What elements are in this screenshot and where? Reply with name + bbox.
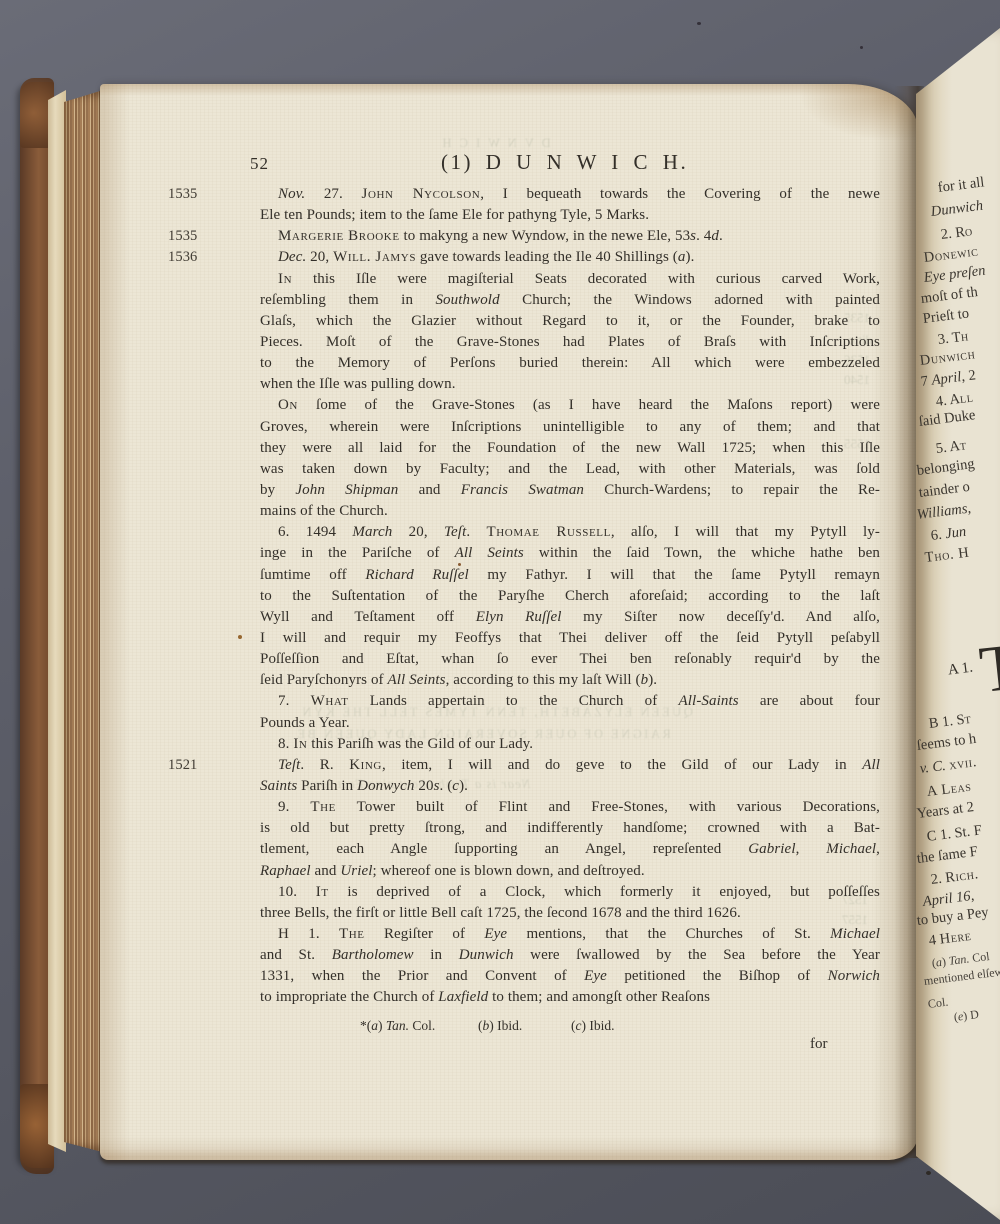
text-column: 1535Nov. 27. John Nycolson, I bequeath t… bbox=[260, 184, 880, 1008]
text-segment: they were all laid for the Foundation of… bbox=[260, 440, 880, 456]
body-line: Raphael and Uriel; whereof one is blown … bbox=[260, 861, 880, 882]
text-segment: Tan. bbox=[948, 951, 970, 967]
text-segment: ſumtime off bbox=[260, 567, 365, 583]
text-segment: ) Ibid. bbox=[582, 1018, 615, 1033]
footnote-row: *(a) Tan. Col.(b) Ibid.(c) Ibid. bbox=[100, 1018, 918, 1038]
right-page-line: Years at 2 bbox=[916, 799, 975, 823]
text-segment: April bbox=[931, 369, 963, 389]
text-segment: 8. bbox=[278, 736, 293, 752]
body-line: Wyll and Teſtament off Elyn Ruſſel my Si… bbox=[260, 607, 880, 628]
text-segment: Tower built of Flint and Free-Stones, wi… bbox=[336, 799, 880, 815]
drop-cap-letter: T bbox=[977, 638, 1000, 700]
text-segment: is deprived of a Clock, which formerly i… bbox=[329, 884, 880, 900]
text-segment: . bbox=[719, 228, 723, 244]
text-segment: It bbox=[316, 884, 329, 900]
text-segment: King bbox=[349, 757, 382, 773]
right-page-line: Williams, bbox=[916, 500, 972, 524]
text-segment: 6. 1494 bbox=[278, 524, 352, 540]
text-segment: Glaſs, which the Glazier without Regard … bbox=[260, 313, 880, 329]
text-segment: ). bbox=[648, 672, 657, 688]
right-page-line: for it all bbox=[937, 174, 985, 197]
margin-year: 1536 bbox=[168, 247, 264, 268]
text-segment: 1331, when the Prior and Convent of bbox=[260, 968, 584, 984]
text-segment: Tho. H bbox=[924, 545, 970, 566]
text-segment: by bbox=[260, 482, 295, 498]
text-segment: Here bbox=[939, 928, 972, 948]
text-segment: Nov. bbox=[278, 186, 305, 202]
text-segment: 10. bbox=[278, 884, 316, 900]
body-line: reſembling them in Southwold Church; the… bbox=[260, 290, 880, 311]
text-segment: d bbox=[711, 228, 719, 244]
right-page-line: 5. At bbox=[935, 437, 968, 458]
paper-speck bbox=[697, 22, 701, 25]
right-page-line: 2. Ro bbox=[940, 223, 974, 244]
body-line: 9. The Tower built of Flint and Free-Sto… bbox=[260, 797, 880, 818]
text-segment: t bbox=[959, 437, 968, 454]
right-page-line: the ſame F bbox=[916, 844, 979, 868]
text-segment: mentions, that the Churches of St. bbox=[507, 926, 830, 942]
text-segment: Dunwich bbox=[930, 198, 984, 220]
text-segment: Francis Swatman bbox=[461, 482, 584, 498]
body-line: and St. Bartholomew in Dunwich were ſwal… bbox=[260, 945, 880, 966]
text-segment: Rich. bbox=[944, 866, 979, 886]
body-line: they were all laid for the Foundation of… bbox=[260, 438, 880, 459]
text-segment: ll bbox=[959, 389, 974, 407]
right-page-line: Tho. H bbox=[924, 545, 970, 567]
body-line: ſumtime off Richard Ruſſel my Fathyr. I … bbox=[260, 565, 880, 586]
text-segment: Pariſh in bbox=[297, 778, 357, 794]
paper-speck bbox=[238, 635, 242, 639]
text-segment: Wyll and Teſtament off bbox=[260, 609, 476, 625]
text-segment: o bbox=[964, 223, 974, 240]
right-page-line: ſaid Duke bbox=[918, 407, 976, 431]
text-segment: Teſt bbox=[278, 757, 300, 773]
text-segment: , bbox=[796, 841, 827, 857]
text-segment: inge in the Pariſche of bbox=[260, 545, 455, 561]
text-segment: Bartholomew bbox=[332, 947, 414, 963]
body-line: three Bells, the firſt or little Bell ca… bbox=[260, 903, 880, 924]
right-page-line: B 1. St bbox=[928, 711, 972, 733]
section-label: A 1. bbox=[947, 660, 974, 680]
text-segment: in bbox=[414, 947, 459, 963]
paper-speck bbox=[458, 563, 461, 566]
text-segment: to makyng a new Wyndow, in the newe Ele,… bbox=[400, 228, 691, 244]
text-segment: Margerie Brooke bbox=[278, 228, 400, 244]
text-segment: 5. A bbox=[935, 438, 961, 457]
text-segment: 20, bbox=[306, 249, 333, 265]
text-segment: and bbox=[398, 482, 460, 498]
text-segment: ſome of the Grave-Stones (as I have hear… bbox=[298, 397, 880, 413]
text-segment: The bbox=[339, 926, 365, 942]
text-segment: Tan. bbox=[386, 1018, 409, 1033]
body-line: when the Iſle was pulling down. bbox=[260, 374, 880, 395]
text-segment: Donwych bbox=[357, 778, 414, 794]
right-page-line: 2. Rich. bbox=[930, 866, 980, 889]
text-segment: . bbox=[466, 524, 486, 540]
text-segment: ) Ibid. bbox=[489, 1018, 522, 1033]
right-page-line: moſt of th bbox=[920, 284, 979, 308]
text-segment: , bbox=[876, 841, 880, 857]
page-number: 52 bbox=[250, 154, 269, 174]
text-segment: ſaid Duke bbox=[918, 407, 976, 430]
text-segment: mains of the Church. bbox=[260, 503, 388, 519]
text-segment: to the Suſtentation of the Paryſhe Cherc… bbox=[260, 588, 880, 604]
right-page-line: tainder o bbox=[918, 479, 971, 502]
text-segment: this Iſle were magiſterial Seats decorat… bbox=[292, 271, 880, 287]
right-page-line: C 1. St. F bbox=[926, 822, 983, 846]
text-segment: Raphael bbox=[260, 863, 311, 879]
text-segment: 7. bbox=[278, 693, 311, 709]
text-segment: ). bbox=[459, 778, 468, 794]
text-segment: Norwich bbox=[828, 968, 880, 984]
text-segment: Laxfield bbox=[438, 989, 488, 1005]
text-segment: petitioned the Biſhop of bbox=[607, 968, 828, 984]
body-line: 1535Nov. 27. John Nycolson, I bequeath t… bbox=[260, 184, 880, 205]
text-segment: Col. bbox=[409, 1018, 435, 1033]
show-through-text: D V N W I C H bbox=[440, 136, 551, 151]
text-segment: Church; the Windows adorned with painted bbox=[500, 292, 880, 308]
text-segment: xvii. bbox=[948, 754, 977, 773]
body-line: was taken down by Faculty; and the Lead,… bbox=[260, 459, 880, 480]
body-line: 10. It is deprived of a Clock, which for… bbox=[260, 882, 880, 903]
body-line: by John Shipman and Francis Swatman Chur… bbox=[260, 480, 880, 501]
text-segment: tlement, each Angle ſupporting an Angel,… bbox=[260, 841, 748, 857]
text-segment: for it all bbox=[937, 174, 985, 196]
text-segment: Dunwich bbox=[919, 346, 976, 369]
body-line: Poſſeſſion and Eſtat, whan ſo ever Thei … bbox=[260, 649, 880, 670]
body-line: Pounds a Year. bbox=[260, 713, 880, 734]
text-segment: ). bbox=[686, 249, 695, 265]
text-segment: H 1. bbox=[278, 926, 339, 942]
text-segment: Ele ten Pounds; item to the ſame Ele for… bbox=[260, 207, 649, 223]
right-page-line: 3. Th bbox=[937, 328, 970, 349]
text-segment: C 1. St. F bbox=[926, 822, 983, 845]
body-line: On ſome of the Grave-Stones (as I have h… bbox=[260, 395, 880, 416]
first-leaf-edge bbox=[48, 90, 66, 1152]
text-segment: Gabriel bbox=[748, 841, 795, 857]
text-segment: The bbox=[310, 799, 336, 815]
margin-year: 1521 bbox=[168, 755, 264, 776]
text-segment: , according to this my laſt Will ( bbox=[446, 672, 641, 688]
text-segment: Michael bbox=[826, 841, 876, 857]
right-page-line: ſeems to h bbox=[916, 731, 977, 755]
text-segment: ; whereof one is blown down, and deſtroy… bbox=[373, 863, 645, 879]
text-segment: Elyn Ruſſel bbox=[476, 609, 562, 625]
text-segment: are about four bbox=[739, 693, 880, 709]
text-segment: Pounds a Year. bbox=[260, 715, 350, 731]
body-line: 8. In this Pariſh was the Gild of our La… bbox=[260, 734, 880, 755]
body-line: Pieces. Moſt of the Grave-Stones had Pla… bbox=[260, 332, 880, 353]
right-page-line: Dunwich bbox=[919, 346, 976, 370]
right-page: for it allDunwich2. RoDonewicEye preſenm… bbox=[916, 28, 1000, 1220]
text-segment: a bbox=[678, 249, 686, 265]
right-page-line: Col. bbox=[927, 995, 949, 1012]
text-segment: a bbox=[371, 1018, 378, 1033]
text-segment: Michael bbox=[830, 926, 880, 942]
text-segment: Jun bbox=[944, 524, 967, 542]
text-segment: Saints bbox=[260, 778, 297, 794]
text-segment: March bbox=[352, 524, 392, 540]
body-line: mains of the Church. bbox=[260, 501, 880, 522]
text-segment: B 1. S bbox=[928, 712, 966, 732]
text-segment: Poſſeſſion and Eſtat, whan ſo ever Thei … bbox=[260, 651, 880, 667]
right-page-line: belonging bbox=[916, 456, 976, 480]
text-segment: On bbox=[278, 397, 298, 413]
right-page-line: Prieſt to bbox=[922, 305, 970, 328]
text-segment: Church-Wardens; to repair the Re- bbox=[584, 482, 880, 498]
margin-year: 1535 bbox=[168, 226, 264, 247]
text-segment: Dunwich bbox=[459, 947, 514, 963]
text-segment: 20 bbox=[415, 778, 434, 794]
body-line: 1535Margerie Brooke to makyng a new Wynd… bbox=[260, 226, 880, 247]
text-segment: All Seints bbox=[455, 545, 524, 561]
running-title: (1) D U N W I C H. bbox=[441, 150, 688, 175]
text-segment: the ſame F bbox=[916, 844, 979, 867]
body-line: to the Memory of Perſons buried therein:… bbox=[260, 353, 880, 374]
text-segment: 27. bbox=[305, 186, 361, 202]
text-segment: was taken down by Faculty; and the Lead,… bbox=[260, 461, 880, 477]
text-segment: and bbox=[311, 863, 341, 879]
body-line: tlement, each Angle ſupporting an Angel,… bbox=[260, 839, 880, 860]
text-segment: gave towards leading the Ile 40 Shilling… bbox=[416, 249, 678, 265]
text-segment: Col. bbox=[927, 995, 949, 1011]
text-segment: is old but pretty ſtrong, and indifferen… bbox=[260, 820, 880, 836]
text-segment: All bbox=[862, 757, 880, 773]
text-segment: All-Saints bbox=[679, 693, 739, 709]
body-line: ſeid Paryſchonyrs of All Seints, accordi… bbox=[260, 670, 880, 691]
text-segment: 2. R bbox=[940, 224, 966, 243]
text-segment: to impropriate the Church of bbox=[260, 989, 438, 1005]
text-segment: Thomae Russell bbox=[486, 524, 610, 540]
text-segment: . ( bbox=[440, 778, 453, 794]
text-segment: Pieces. Moſt of the Grave-Stones had Pla… bbox=[260, 334, 880, 350]
body-line: H 1. The Regiſter of Eye mentions, that … bbox=[260, 924, 880, 945]
text-segment: In bbox=[278, 271, 292, 287]
body-line: to the Suſtentation of the Paryſhe Cherc… bbox=[260, 586, 880, 607]
text-segment: ſeid Paryſchonyrs of bbox=[260, 672, 388, 688]
text-segment: ) bbox=[378, 1018, 386, 1033]
text-segment: this Pariſh was the Gild of our Lady. bbox=[307, 736, 533, 752]
text-segment: Eye bbox=[484, 926, 507, 942]
right-page-line: 4 Here bbox=[928, 928, 972, 950]
right-page-line: Eye preſen bbox=[923, 263, 986, 287]
margin-year: 1535 bbox=[168, 184, 264, 205]
text-segment: Dec. bbox=[278, 249, 306, 265]
text-segment: 4. A bbox=[935, 391, 961, 410]
text-segment: Richard Ruſſel bbox=[365, 567, 468, 583]
text-segment: Williams, bbox=[916, 500, 972, 523]
right-page-line: Dunwich bbox=[930, 198, 984, 221]
right-page-line: 7 April, 2 bbox=[920, 367, 977, 391]
text-segment: *( bbox=[360, 1018, 371, 1033]
footnote: *(a) Tan. Col. bbox=[360, 1018, 435, 1034]
text-segment: within the ſaid Town, the whiche hathe b… bbox=[524, 545, 880, 561]
paper-speck bbox=[926, 1171, 931, 1175]
text-segment: Uriel bbox=[340, 863, 372, 879]
text-segment: Col bbox=[968, 949, 990, 965]
footnote: (c) Ibid. bbox=[571, 1018, 615, 1034]
right-page-line: (e) D bbox=[953, 1007, 980, 1025]
text-segment: Years at 2 bbox=[916, 799, 975, 822]
text-segment: Donewic bbox=[923, 243, 979, 266]
text-segment: three Bells, the firſt or little Bell ca… bbox=[260, 905, 741, 921]
body-line: inge in the Pariſche of All Seints withi… bbox=[260, 543, 880, 564]
text-segment: Will. Jamys bbox=[333, 249, 416, 265]
text-segment: belonging bbox=[916, 456, 976, 479]
text-segment: 20, bbox=[392, 524, 444, 540]
text-segment: Regiſter of bbox=[365, 926, 485, 942]
text-segment: . R. bbox=[300, 757, 349, 773]
paper-speck bbox=[860, 46, 863, 49]
body-line: Groves, wherein were Inſcriptions uninte… bbox=[260, 417, 880, 438]
text-segment: Lands appertain to the Church of bbox=[349, 693, 679, 709]
footnote: (b) Ibid. bbox=[478, 1018, 522, 1034]
text-segment: I will and requir my Feoffys that Thei d… bbox=[260, 630, 880, 646]
body-line: Ele ten Pounds; item to the ſame Ele for… bbox=[260, 205, 880, 226]
body-line: I will and requir my Feoffys that Thei d… bbox=[260, 628, 880, 649]
text-segment: reſembling them in bbox=[260, 292, 435, 308]
left-page: 52 (1) D U N W I C H. D V N W I C HQUEEN… bbox=[100, 84, 918, 1160]
text-segment: to the Memory of Perſons buried therein:… bbox=[260, 355, 880, 371]
text-segment: . 4 bbox=[696, 228, 711, 244]
text-segment: ſeems to h bbox=[916, 731, 977, 754]
right-page-line: v. C. xvii. bbox=[919, 754, 978, 778]
text-segment: Eye bbox=[584, 968, 607, 984]
text-segment: Southwold bbox=[435, 292, 499, 308]
text-segment: t bbox=[964, 711, 973, 728]
text-segment: , item, I will and do geve to the Gild o… bbox=[382, 757, 862, 773]
text-segment: 3. T bbox=[937, 329, 962, 348]
body-line: 6. 1494 March 20, Teſt. Thomae Russell, … bbox=[260, 522, 880, 543]
text-segment: What bbox=[311, 693, 349, 709]
text-segment: 9. bbox=[278, 799, 310, 815]
text-segment: moſt of th bbox=[920, 284, 979, 307]
photo-background: 52 (1) D U N W I C H. D V N W I C HQUEEN… bbox=[0, 0, 1000, 1224]
body-line: Saints Pariſh in Donwych 20s. (c). bbox=[260, 776, 880, 797]
text-segment: tainder o bbox=[918, 479, 971, 501]
body-line: 7. What Lands appertain to the Church of… bbox=[260, 691, 880, 712]
text-segment: In bbox=[293, 736, 307, 752]
text-segment: , 2 bbox=[960, 367, 976, 385]
text-segment: A Leas bbox=[926, 779, 972, 800]
text-segment: and St. bbox=[260, 947, 332, 963]
text-segment: h bbox=[960, 328, 970, 345]
text-segment: to them; and amongſt other Reaſons bbox=[488, 989, 710, 1005]
text-segment: , alſo, I will that my Pytyll ly- bbox=[611, 524, 880, 540]
text-segment: v. C. bbox=[919, 757, 950, 776]
text-segment: Prieſt to bbox=[922, 305, 970, 327]
text-segment: my Siſter now deceſſy'd. And alſo, bbox=[562, 609, 880, 625]
text-segment: were ſwallowed by the Sea before the Yea… bbox=[514, 947, 880, 963]
body-line: 1521Teſt. R. King, item, I will and do g… bbox=[260, 755, 880, 776]
text-segment: Eye preſen bbox=[923, 263, 986, 286]
text-segment: John Nycolson bbox=[362, 186, 481, 202]
right-page-line: 6. Jun bbox=[930, 524, 967, 545]
text-segment: when the Iſle was pulling down. bbox=[260, 376, 456, 392]
text-segment: Teſt bbox=[444, 524, 466, 540]
text-segment: , I bequeath towards the Covering of the… bbox=[480, 186, 880, 202]
body-line: is old but pretty ſtrong, and indifferen… bbox=[260, 818, 880, 839]
catchword: for bbox=[810, 1036, 828, 1053]
text-segment: John Shipman bbox=[295, 482, 398, 498]
body-line: to impropriate the Church of Laxfield to… bbox=[260, 987, 880, 1008]
body-line: 1536Dec. 20, Will. Jamys gave towards le… bbox=[260, 247, 880, 268]
body-line: In this Iſle were magiſterial Seats deco… bbox=[260, 269, 880, 290]
right-page-line: A Leas bbox=[926, 779, 972, 801]
text-segment: my Fathyr. I will that the ſame Pytyll r… bbox=[469, 567, 880, 583]
text-segment: All Seints bbox=[388, 672, 446, 688]
text-segment: ) D bbox=[962, 1007, 979, 1023]
body-line: 1331, when the Prior and Convent of Eye … bbox=[260, 966, 880, 987]
text-segment: Groves, wherein were Inſcriptions uninte… bbox=[260, 419, 880, 435]
body-line: Glaſs, which the Glazier without Regard … bbox=[260, 311, 880, 332]
